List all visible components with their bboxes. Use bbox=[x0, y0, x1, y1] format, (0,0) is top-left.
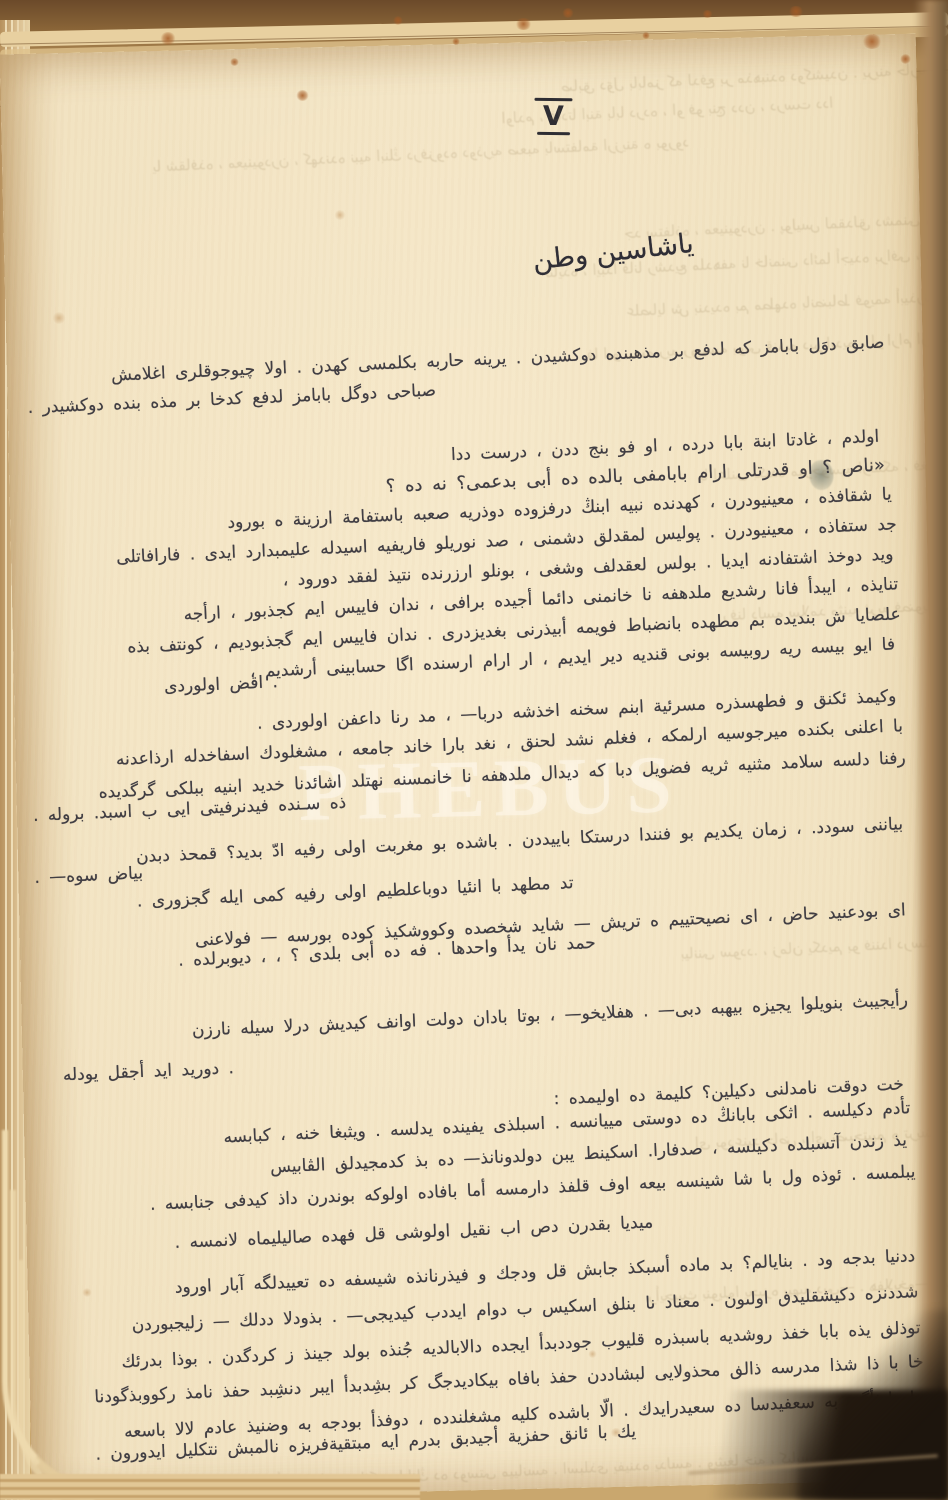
foxing-stain bbox=[452, 38, 460, 45]
manuscript-scan: V یاشاسین وطن PHEBUS صابق دوَل بابامز كه… bbox=[0, 0, 948, 1500]
foxing-stain bbox=[642, 32, 650, 39]
foxing-stain bbox=[702, 10, 713, 18]
foxing-stain bbox=[230, 58, 239, 66]
foxing-stain bbox=[562, 8, 574, 18]
book-fore-edge bbox=[914, 0, 948, 1500]
foxing-stain bbox=[160, 32, 176, 45]
foxing-stain bbox=[334, 210, 346, 220]
page-curl-edge bbox=[18, 1260, 94, 1500]
page-number-overline bbox=[534, 98, 572, 101]
foxing-stain bbox=[610, 1428, 622, 1437]
page-stack-bottom-edge bbox=[0, 1474, 420, 1500]
foxing-stain bbox=[296, 90, 309, 101]
book-cover-corner bbox=[798, 1310, 948, 1500]
page-number-underline bbox=[537, 132, 570, 135]
foxing-stain bbox=[788, 6, 804, 17]
foxing-stain bbox=[862, 34, 882, 49]
manuscript-page: V یاشاسین وطن PHEBUS صابق دوَل بابامز كه… bbox=[0, 34, 948, 1500]
foxing-stain bbox=[52, 312, 66, 324]
foxing-stain bbox=[900, 54, 911, 64]
foxing-stain bbox=[82, 1288, 92, 1297]
foxing-stain bbox=[588, 1350, 597, 1358]
foxing-stain bbox=[393, 16, 403, 25]
foxing-stain bbox=[515, 18, 532, 30]
